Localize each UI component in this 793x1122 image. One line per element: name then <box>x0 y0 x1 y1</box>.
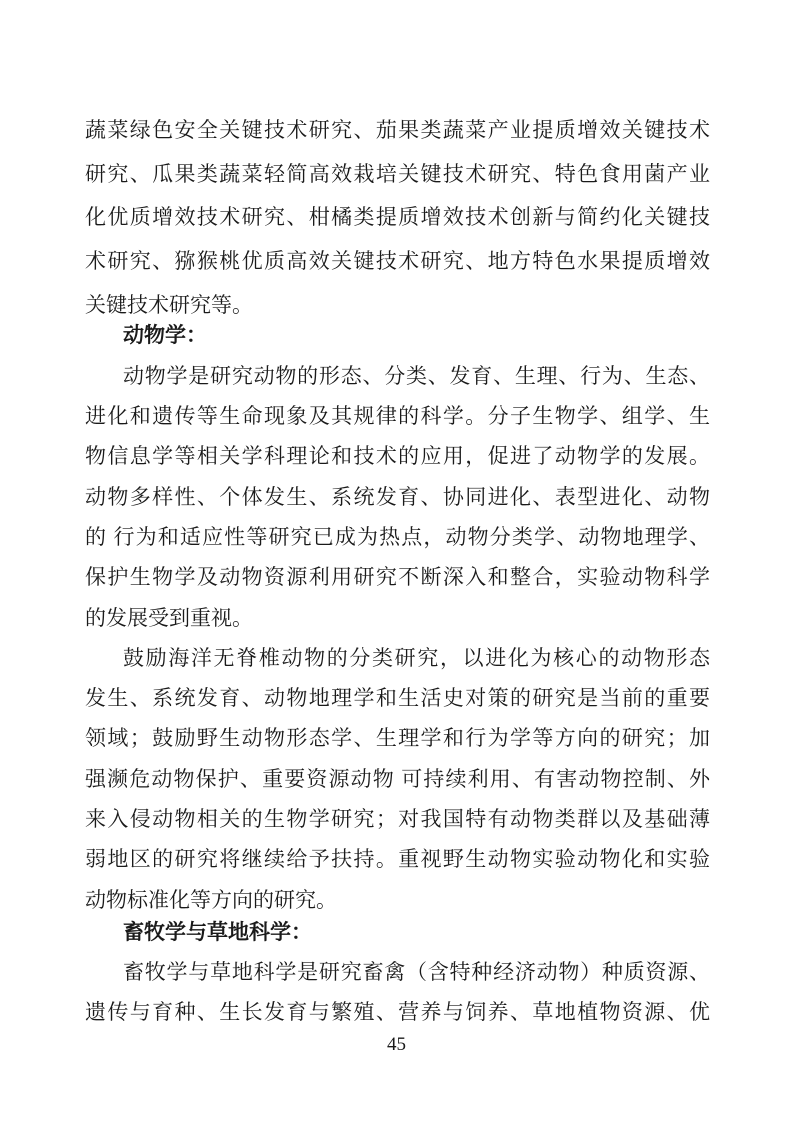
paragraph-zoology-overview: 动物学是研究动物的形态、分类、发育、生理、行为、生态、 进化和遗传等生命现象及其… <box>85 356 710 638</box>
text-line: 鼓励海洋无脊椎动物的分类研究，以进化为核心的动物形态 <box>85 638 710 678</box>
section-heading-zoology: 动物学： <box>85 315 710 355</box>
text-line: 保护生物学及动物资源利用研究不断深入和整合，实验动物科学 <box>85 557 710 597</box>
text-line: 动物多样性、个体发生、系统发育、协同进化、表型进化、动物 <box>85 477 710 517</box>
text-line: 的 行为和适应性等研究已成为热点，动物分类学、动物地理学、 <box>85 517 710 557</box>
document-page: 蔬菜绿色安全关键技术研究、茄果类蔬菜产业提质增效关键技术 研究、瓜果类蔬菜轻简高… <box>0 0 793 1122</box>
text-line: 弱地区的研究将继续给予扶持。重视野生动物实验动物化和实验 <box>85 839 710 879</box>
paragraph-animal-husbandry-overview: 畜牧学与草地科学是研究畜禽（含特种经济动物）种质资源、 遗传与育种、生长发育与繁… <box>85 952 710 1033</box>
paragraph-fruit-vegetable-research: 蔬菜绿色安全关键技术研究、茄果类蔬菜产业提质增效关键技术 研究、瓜果类蔬菜轻简高… <box>85 109 710 327</box>
section-heading-animal-husbandry: 畜牧学与草地科学： <box>85 912 710 952</box>
text-line: 化优质增效技术研究、柑橘类提质增效技术创新与简约化关键技 <box>85 196 710 240</box>
text-line: 进化和遗传等生命现象及其规律的科学。分子生物学、组学、生 <box>85 396 710 436</box>
text-line: 蔬菜绿色安全关键技术研究、茄果类蔬菜产业提质增效关键技术 <box>85 109 710 153</box>
page-body-text: 蔬菜绿色安全关键技术研究、茄果类蔬菜产业提质增效关键技术 研究、瓜果类蔬菜轻简高… <box>85 109 710 1033</box>
text-line: 畜牧学与草地科学是研究畜禽（含特种经济动物）种质资源、 <box>85 952 710 992</box>
text-line: 术研究、猕猴桃优质高效关键技术研究、地方特色水果提质增效 <box>85 240 710 284</box>
text-line: 物信息学等相关学科理论和技术的应用，促进了动物学的发展。 <box>85 436 710 476</box>
page-number: 45 <box>0 1034 793 1056</box>
text-line: 发生、系统发育、动物地理学和生活史对策的研究是当前的重要 <box>85 678 710 718</box>
paragraph-zoology-priorities: 鼓励海洋无脊椎动物的分类研究，以进化为核心的动物形态 发生、系统发育、动物地理学… <box>85 638 710 920</box>
text-line: 强濒危动物保护、重要资源动物 可持续利用、有害动物控制、外 <box>85 759 710 799</box>
text-line: 领域；鼓励野生动物形态学、生理学和行为学等方向的研究；加 <box>85 718 710 758</box>
text-line: 来入侵动物相关的生物学研究；对我国特有动物类群以及基础薄 <box>85 799 710 839</box>
text-line: 的发展受到重视。 <box>85 598 710 638</box>
text-line: 研究、瓜果类蔬菜轻简高效栽培关键技术研究、特色食用菌产业 <box>85 153 710 197</box>
text-line: 遗传与育种、生长发育与繁殖、营养与饲养、草地植物资源、优 <box>85 992 710 1032</box>
text-line: 动物学是研究动物的形态、分类、发育、生理、行为、生态、 <box>85 356 710 396</box>
